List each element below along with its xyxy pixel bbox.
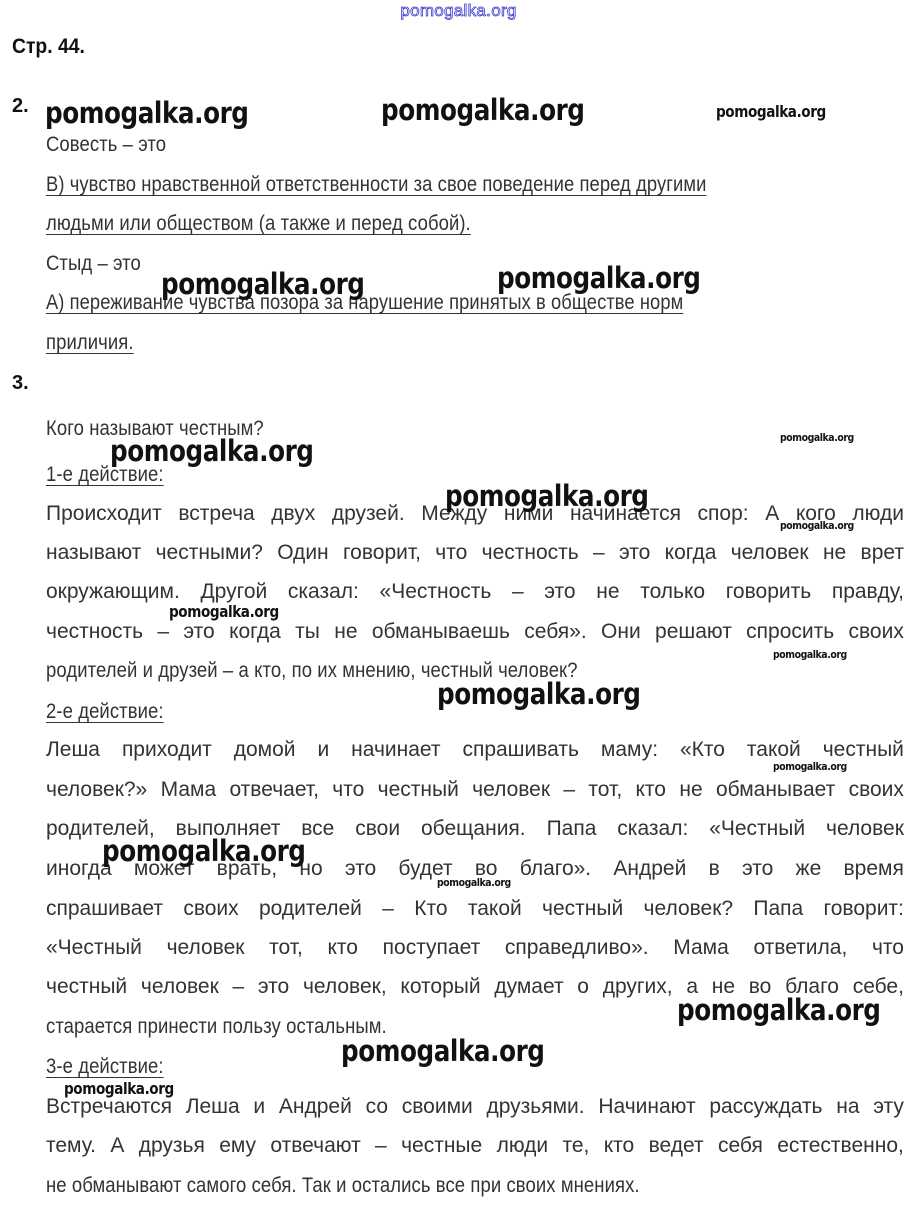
word: Кто <box>414 897 447 921</box>
word: люди <box>852 502 904 526</box>
word: это <box>742 857 773 881</box>
word: друзей. <box>332 502 405 526</box>
word: Происходит <box>46 502 162 526</box>
watermark: pomogalka.org <box>716 102 826 121</box>
act-3-line: не обманывают самого себя. Так и осталис… <box>46 1174 640 1198</box>
word: кто <box>604 1134 635 1158</box>
word: «Честный <box>46 936 142 960</box>
word: других, <box>603 975 673 999</box>
watermark: pomogalka.org <box>45 96 249 130</box>
word: который <box>400 975 480 999</box>
act-2-line: старается принести пользу остальным. <box>46 1015 387 1039</box>
word: человек?» <box>46 778 147 802</box>
word: на <box>836 1095 859 1119</box>
word: отвечает, <box>229 778 318 802</box>
word: это <box>345 857 376 881</box>
shame-term: Стыд – это <box>46 252 141 276</box>
word: свои <box>355 817 400 841</box>
act-2-line: спрашиваетсвоихродителей–Ктотакойчестный… <box>46 897 904 921</box>
word: – <box>233 975 245 999</box>
word: думает <box>494 975 563 999</box>
word: честный <box>378 778 459 802</box>
word: Леша <box>46 738 100 762</box>
word: друзьями. <box>486 1095 584 1119</box>
word: говорит: <box>824 897 904 921</box>
word: спросить <box>746 620 834 644</box>
word: друзья <box>139 1134 205 1158</box>
word: двух <box>271 502 315 526</box>
act-2-line: Лешаприходитдомойиначинаетспрашиватьмаму… <box>46 738 904 762</box>
word: врет <box>861 541 904 565</box>
watermark: pomogalka.org <box>773 648 847 661</box>
watermark: pomogalka.org <box>437 677 641 711</box>
word: честный <box>46 975 127 999</box>
word: человек <box>167 936 245 960</box>
task-2-number: 2. <box>12 95 29 118</box>
word: честный <box>823 738 904 762</box>
word: – <box>593 541 605 565</box>
word: тему. <box>46 1134 96 1158</box>
word: же <box>796 857 822 881</box>
word: «Кто <box>680 738 725 762</box>
word: не <box>823 541 846 565</box>
word: не <box>596 580 619 604</box>
word: встреча <box>178 502 254 526</box>
page-label: Стр. 44. <box>12 35 85 59</box>
word: ответила, <box>753 936 847 960</box>
watermark: pomogalka.org <box>780 519 854 532</box>
word: решают <box>655 620 732 644</box>
word: о <box>577 975 589 999</box>
word: честный <box>542 897 623 921</box>
word: рассуждать <box>709 1095 822 1119</box>
conscience-answer-line-1: В) чувство нравственной ответственности … <box>46 173 706 197</box>
word: Мама <box>161 778 217 802</box>
word: сказал: <box>288 580 359 604</box>
word: тот, <box>269 936 303 960</box>
act-1-line: окружающим.Другойсказал:«Честность–этоне… <box>46 580 904 604</box>
word: – <box>382 897 394 921</box>
conscience-term: Совесть – это <box>46 133 166 157</box>
word: и <box>253 1095 265 1119</box>
watermark: pomogalka.org <box>445 479 649 513</box>
word: человек, <box>303 975 387 999</box>
word: кто <box>636 778 667 802</box>
word: не <box>679 778 702 802</box>
word: что <box>435 541 467 565</box>
word: Папа <box>753 897 803 921</box>
word: это <box>619 541 650 565</box>
word: честные <box>401 1134 482 1158</box>
word: «Честность <box>380 580 492 604</box>
word: «Честный <box>709 817 805 841</box>
word: ведет <box>649 1134 704 1158</box>
header-watermark: pomogalka.org <box>0 1 917 21</box>
word: Начинают <box>598 1095 695 1119</box>
word: ты <box>295 620 320 644</box>
word: обманывает <box>716 778 835 802</box>
watermark: pomogalka.org <box>677 993 881 1027</box>
word: честность <box>46 620 143 644</box>
word: честность <box>482 541 579 565</box>
act-1-line: честность–этокогдатынеобманываешьсебя».О… <box>46 620 904 644</box>
word: справедливо». <box>505 936 649 960</box>
word: – <box>157 620 169 644</box>
word: своими <box>402 1095 473 1119</box>
word: что <box>872 936 904 960</box>
word: правду, <box>832 580 904 604</box>
watermark: pomogalka.org <box>341 1034 545 1068</box>
watermark: pomogalka.org <box>102 834 306 868</box>
word: эту <box>873 1095 904 1119</box>
watermark: pomogalka.org <box>381 93 585 127</box>
word: приходит <box>122 738 212 762</box>
word: домой <box>234 738 296 762</box>
act-3-title: 3-е действие: <box>46 1055 164 1079</box>
word: А <box>110 1134 124 1158</box>
watermark: pomogalka.org <box>64 1079 174 1098</box>
word: это <box>183 620 214 644</box>
watermark: pomogalka.org <box>169 602 279 621</box>
word: благо». <box>520 857 591 881</box>
act-2-line: человек?»Мамаотвечает,чточестныйчеловек–… <box>46 778 904 802</box>
word: Леша <box>186 1095 240 1119</box>
act-3-line: тему.Адрузьяемуотвечают–честныелюдите,кт… <box>46 1134 904 1158</box>
word: и <box>317 738 329 762</box>
word: такой <box>747 738 801 762</box>
word: отвечают <box>270 1134 360 1158</box>
word: когда <box>229 620 281 644</box>
watermark: pomogalka.org <box>161 267 365 301</box>
word: А <box>765 502 779 526</box>
word: честными? <box>156 541 263 565</box>
watermark: pomogalka.org <box>773 760 847 773</box>
word: это <box>544 580 575 604</box>
word: человек <box>731 541 809 565</box>
word: себя <box>718 1134 763 1158</box>
word: окружающим. <box>46 580 180 604</box>
word: только <box>640 580 705 604</box>
word: обещания. <box>421 817 526 841</box>
word: человек <box>141 975 219 999</box>
word: родителей <box>259 897 362 921</box>
word: все <box>301 817 334 841</box>
word: спрашивать <box>462 738 579 762</box>
word: Папа <box>547 817 597 841</box>
word: своих <box>183 897 238 921</box>
word: естественно, <box>777 1134 904 1158</box>
word: сказал: <box>617 817 688 841</box>
word: Другой <box>200 580 267 604</box>
word: это <box>258 975 289 999</box>
act-1-line: называютчестными?Одинговорит,чточестност… <box>46 541 904 565</box>
word: своих <box>849 778 904 802</box>
word: что <box>332 778 364 802</box>
word: спрашивает <box>46 897 163 921</box>
word: – <box>512 580 524 604</box>
word: Один <box>277 541 328 565</box>
word: человек <box>826 817 904 841</box>
word: говорить <box>726 580 811 604</box>
word: ему <box>219 1134 256 1158</box>
word: – <box>375 1134 387 1158</box>
word: говорит, <box>343 541 421 565</box>
word: в <box>709 857 720 881</box>
word: тот, <box>588 778 622 802</box>
word: Мама <box>673 936 729 960</box>
watermark: pomogalka.org <box>780 431 854 444</box>
word: время <box>844 857 904 881</box>
watermark: pomogalka.org <box>110 434 314 468</box>
word: не <box>334 620 357 644</box>
word: Андрей <box>279 1095 352 1119</box>
word: такой <box>468 897 522 921</box>
word: Они <box>601 620 641 644</box>
word: обманываешь <box>372 620 510 644</box>
word: спор: <box>698 502 749 526</box>
shame-answer-line-2: приличия. <box>46 331 134 355</box>
word: Встречаются <box>46 1095 172 1119</box>
word: люди <box>497 1134 549 1158</box>
word: – <box>563 778 575 802</box>
word: поступает <box>383 936 481 960</box>
act-2-line: «Честныйчеловектот,ктопоступаетсправедли… <box>46 936 904 960</box>
word: когда <box>665 541 717 565</box>
act-2-title: 2-е действие: <box>46 700 164 724</box>
word: человек? <box>644 897 734 921</box>
word: начинает <box>351 738 440 762</box>
watermark: pomogalka.org <box>437 876 511 889</box>
word: себя». <box>524 620 586 644</box>
word: со <box>366 1095 388 1119</box>
word: те, <box>562 1134 589 1158</box>
watermark: pomogalka.org <box>497 261 701 295</box>
task-3-number: 3. <box>12 372 29 395</box>
word: называют <box>46 541 141 565</box>
word: человек <box>472 778 550 802</box>
word: маму: <box>601 738 658 762</box>
act-3-line: ВстречаютсяЛешаиАндрейсосвоимидрузьями.Н… <box>46 1095 904 1119</box>
word: Андрей <box>613 857 686 881</box>
conscience-answer-line-2: людьми или обществом (а также и перед со… <box>46 212 471 236</box>
word: кто <box>328 936 359 960</box>
word: своих <box>849 620 904 644</box>
